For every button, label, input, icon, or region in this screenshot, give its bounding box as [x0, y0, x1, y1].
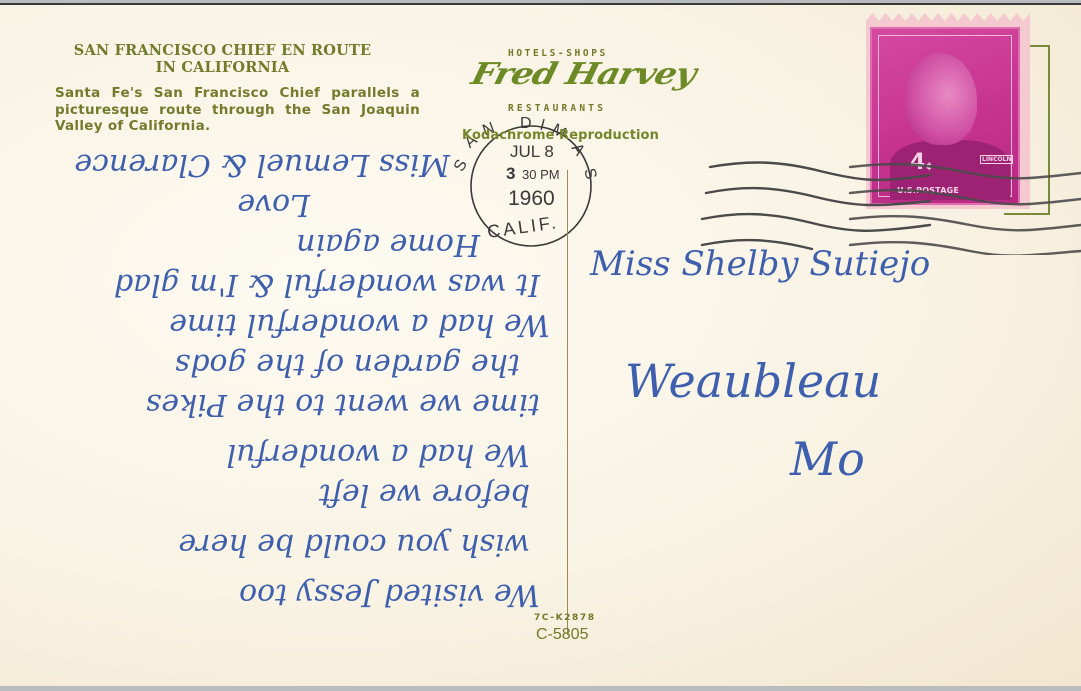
fred-harvey-logo: Fred Harvey — [468, 57, 699, 92]
address-line-3: Mo — [789, 432, 865, 486]
plate-code: 7C-K2878 — [534, 613, 596, 623]
message-line-5: We had a wonderful time — [169, 307, 550, 342]
publisher-bottom-line: RESTAURANTS — [508, 103, 606, 114]
cancellation-lines — [600, 105, 1081, 255]
caption-title-line2: IN CALIFORNIA — [55, 59, 390, 76]
caption-title-line1: SAN FRANCISCO CHIEF EN ROUTE — [55, 42, 390, 59]
postmark-date: JUL 8 — [510, 142, 554, 162]
message-line-1: Miss Lemuel & Clarence — [74, 147, 451, 182]
message-line-9: before we left — [318, 477, 530, 512]
card-code: C-5805 — [536, 626, 588, 644]
message-line-10: wish you could be here — [178, 527, 530, 562]
center-divider-line — [567, 170, 568, 635]
postmark-year: 1960 — [508, 187, 555, 211]
postmark-time: 30 PM — [522, 167, 560, 182]
message-line-11: We visited Jessy too — [239, 577, 540, 612]
postmark-hour: 3 — [506, 164, 515, 184]
message-line-2: Love — [237, 187, 311, 222]
message-line-7: time we went to the Pikes — [146, 387, 540, 422]
caption-description: Santa Fe's San Francisco Chief parallels… — [55, 85, 420, 135]
message-line-8: We had a wonderful — [227, 437, 530, 472]
message-line-6: the garden of the gods — [175, 347, 520, 382]
message-line-4: It was wonderful & I'm glad — [114, 267, 541, 302]
address-line-2: Weaubleau — [625, 354, 881, 408]
caption-title: SAN FRANCISCO CHIEF EN ROUTE IN CALIFORN… — [55, 42, 390, 76]
postcard-back: SAN FRANCISCO CHIEF EN ROUTE IN CALIFORN… — [0, 3, 1081, 686]
